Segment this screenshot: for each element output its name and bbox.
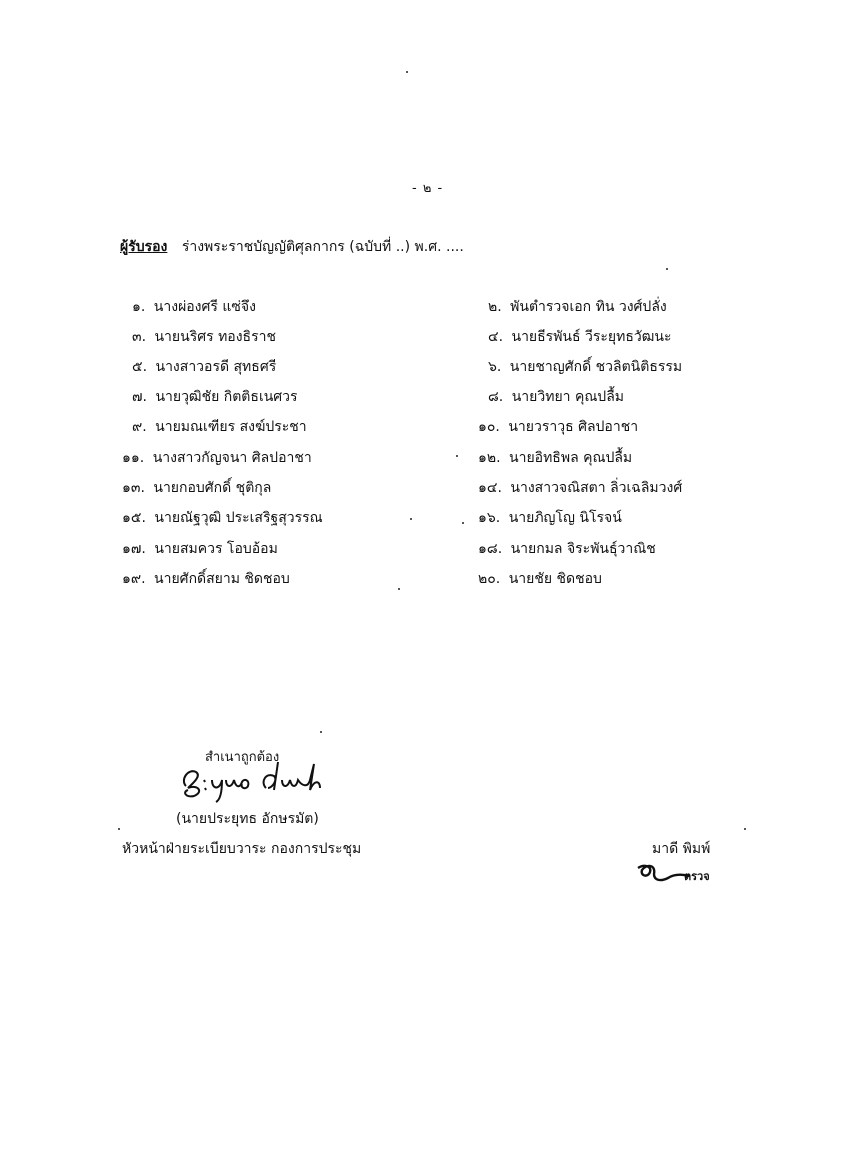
endorser-entry: ๑. นางผ่องศรี แซ่จึง bbox=[132, 296, 256, 318]
scan-speck bbox=[744, 828, 746, 830]
endorser-entry: ๘. นายวิทยา คุณปลื้ม bbox=[488, 386, 624, 408]
signer-title: หัวหน้าฝ่ายระเบียบวาระ กองการประชุม bbox=[122, 838, 361, 860]
endorser-entry: ๑๐. นายวราวุธ ศิลปอาชา bbox=[478, 416, 638, 438]
scan-speck bbox=[118, 828, 120, 830]
signature-icon bbox=[178, 758, 348, 803]
endorser-entry: ๒. พันตำรวจเอก ทิน วงศ์ปลั่ง bbox=[488, 296, 667, 318]
endorser-entry: ๑๑. นางสาวกัญจนา ศิลปอาชา bbox=[122, 447, 312, 469]
endorser-entry: ๑๒. นายอิทธิพล คุณปลื้ม bbox=[478, 447, 632, 469]
page-number: - ๒ - bbox=[412, 177, 443, 198]
heading-title: ร่างพระราชบัญญัติศุลกากร (ฉบับที่ ..) พ.… bbox=[182, 239, 464, 255]
endorser-entry: ๖. นายชาญศักดิ์ ชวลิตนิติธรรม bbox=[488, 356, 682, 378]
heading-label: ผู้รับรอง bbox=[120, 239, 167, 255]
scan-speck bbox=[462, 522, 464, 524]
endorser-entry: ๑๙. นายศักดิ์สยาม ชิดชอบ bbox=[122, 568, 290, 590]
scan-speck bbox=[320, 731, 322, 733]
scan-speck bbox=[406, 71, 408, 73]
endorser-entry: ๑๔. นางสาวจณิสตา ลิ่วเฉลิมวงศ์ bbox=[478, 477, 682, 499]
document-heading: ผู้รับรอง ร่างพระราชบัญญัติศุลกากร (ฉบับ… bbox=[120, 236, 464, 258]
signer-name: (นายประยุทธ อักษรมัต) bbox=[176, 808, 319, 830]
typist-note: มาดี พิมพ์ bbox=[652, 838, 710, 860]
endorser-entry: ๕. นางสาวอรดี สุทธศรี bbox=[132, 356, 276, 378]
endorser-entry: ๑๘. นายกมล จิระพันธุ์วาณิช bbox=[478, 538, 656, 560]
endorser-entry: ๑๖. นายภิญโญ นิโรจน์ bbox=[478, 507, 622, 529]
scan-speck bbox=[410, 518, 412, 520]
endorser-entry: ๒๐. นายชัย ชิดชอบ bbox=[478, 568, 602, 590]
endorser-entry: ๔. นายธีรพันธ์ วีระยุทธวัฒนะ bbox=[488, 326, 671, 348]
endorser-entry: ๓. นายนริศร ทองธิราช bbox=[132, 326, 276, 348]
endorser-entry: ๙. นายมณเฑียร สงฆ์ประชา bbox=[132, 416, 307, 438]
scan-speck bbox=[666, 268, 668, 270]
scan-speck bbox=[398, 588, 400, 590]
endorser-entry: ๑๗. นายสมควร โอบอ้อม bbox=[122, 538, 278, 560]
scan-speck bbox=[456, 455, 458, 457]
checked-label: ตรวจ bbox=[684, 867, 710, 885]
endorser-entry: ๗. นายวุฒิชัย กิตติธเนศวร bbox=[132, 386, 298, 408]
endorser-entry: ๑๕. นายณัฐวุฒิ ประเสริฐสุวรรณ bbox=[122, 507, 323, 529]
endorser-entry: ๑๓. นายกอบศักดิ์ ชุติกุล bbox=[122, 477, 271, 499]
